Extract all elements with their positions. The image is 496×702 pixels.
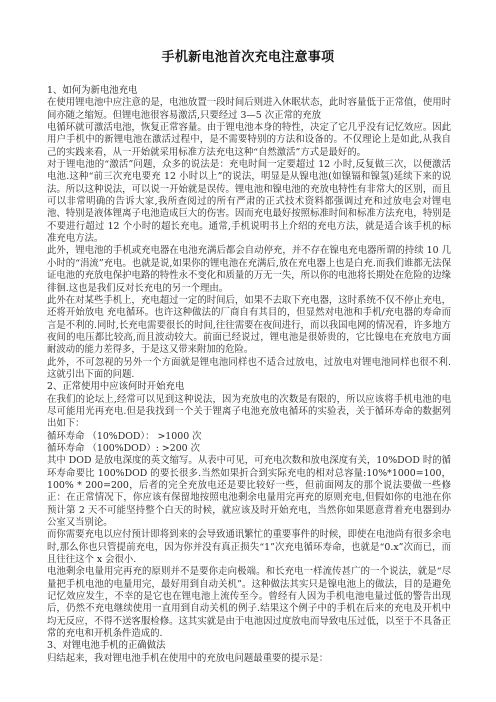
section-heading-1: 1、如何为新电池充电	[47, 85, 451, 97]
paragraph: 在我们的论坛上,经常可以见到这种说法，因为充放电的次数是有限的，所以应该将手机电…	[47, 394, 451, 431]
cycle-life-100-dod: 循环寿命 （100%DOD）: >200 次	[47, 443, 451, 455]
section-heading-3: 3、对锂电池手机的正确做法	[47, 640, 451, 652]
paragraph: 而你需要充电以应付预计即将到来的会导致通讯繁忙的重要事件的时候，即使在电池尚有很…	[47, 529, 451, 566]
paragraph: 此外在对某些手机上，充电超过一定的时间后，如果不去取下充电器，这时系统不仅不停止…	[47, 295, 451, 357]
cycle-life-10-dod: 循环寿命 （10%DOD）： >1000 次	[47, 431, 451, 443]
document-page: 手机新电池首次充电注意事项 1、如何为新电池充电 在使用锂电池中应注意的是，电池…	[0, 0, 496, 702]
paragraph: 在使用锂电池中应注意的是，电池放置一段时间后则进入休眠状态，此时容量低于正常值，…	[47, 97, 451, 122]
document-title: 手机新电池首次充电注意事项	[0, 50, 496, 66]
paragraph: 归结起来，我对锂电池手机在使用中的充放电问题最重要的提示是：	[47, 653, 451, 665]
paragraph: 此外，锂电池的手机或充电器在电池充满后都会自动停充，并不存在镍电充电器所谓的持续…	[47, 245, 451, 294]
paragraph: 对于锂电池的“激活”问题，众多的说法是：充电时间一定要超过 12 小时,反复做三…	[47, 159, 451, 245]
paragraph: 其中 DOD 是放电深度的英文缩写。从表中可见，可充电次数和放电深度有关，10%…	[47, 455, 451, 529]
document-body: 1、如何为新电池充电 在使用锂电池中应注意的是，电池放置一段时间后则进入休眠状态…	[47, 85, 451, 665]
paragraph: 电池剩余电量用完再充的原则并不是要你走向极端。和长充电一样流传甚广的一个说法，就…	[47, 566, 451, 640]
paragraph: 此外，不可忽视的另外一个方面就是锂电池同样也不适合过放电，过放电对锂电池同样也很…	[47, 357, 451, 382]
section-heading-2: 2、正常使用中应该何时开始充电	[47, 381, 451, 393]
paragraph: 电循环就可激活电池，恢复正常容量。由于锂电池本身的特性，决定了它几乎没有记忆效应…	[47, 122, 451, 159]
